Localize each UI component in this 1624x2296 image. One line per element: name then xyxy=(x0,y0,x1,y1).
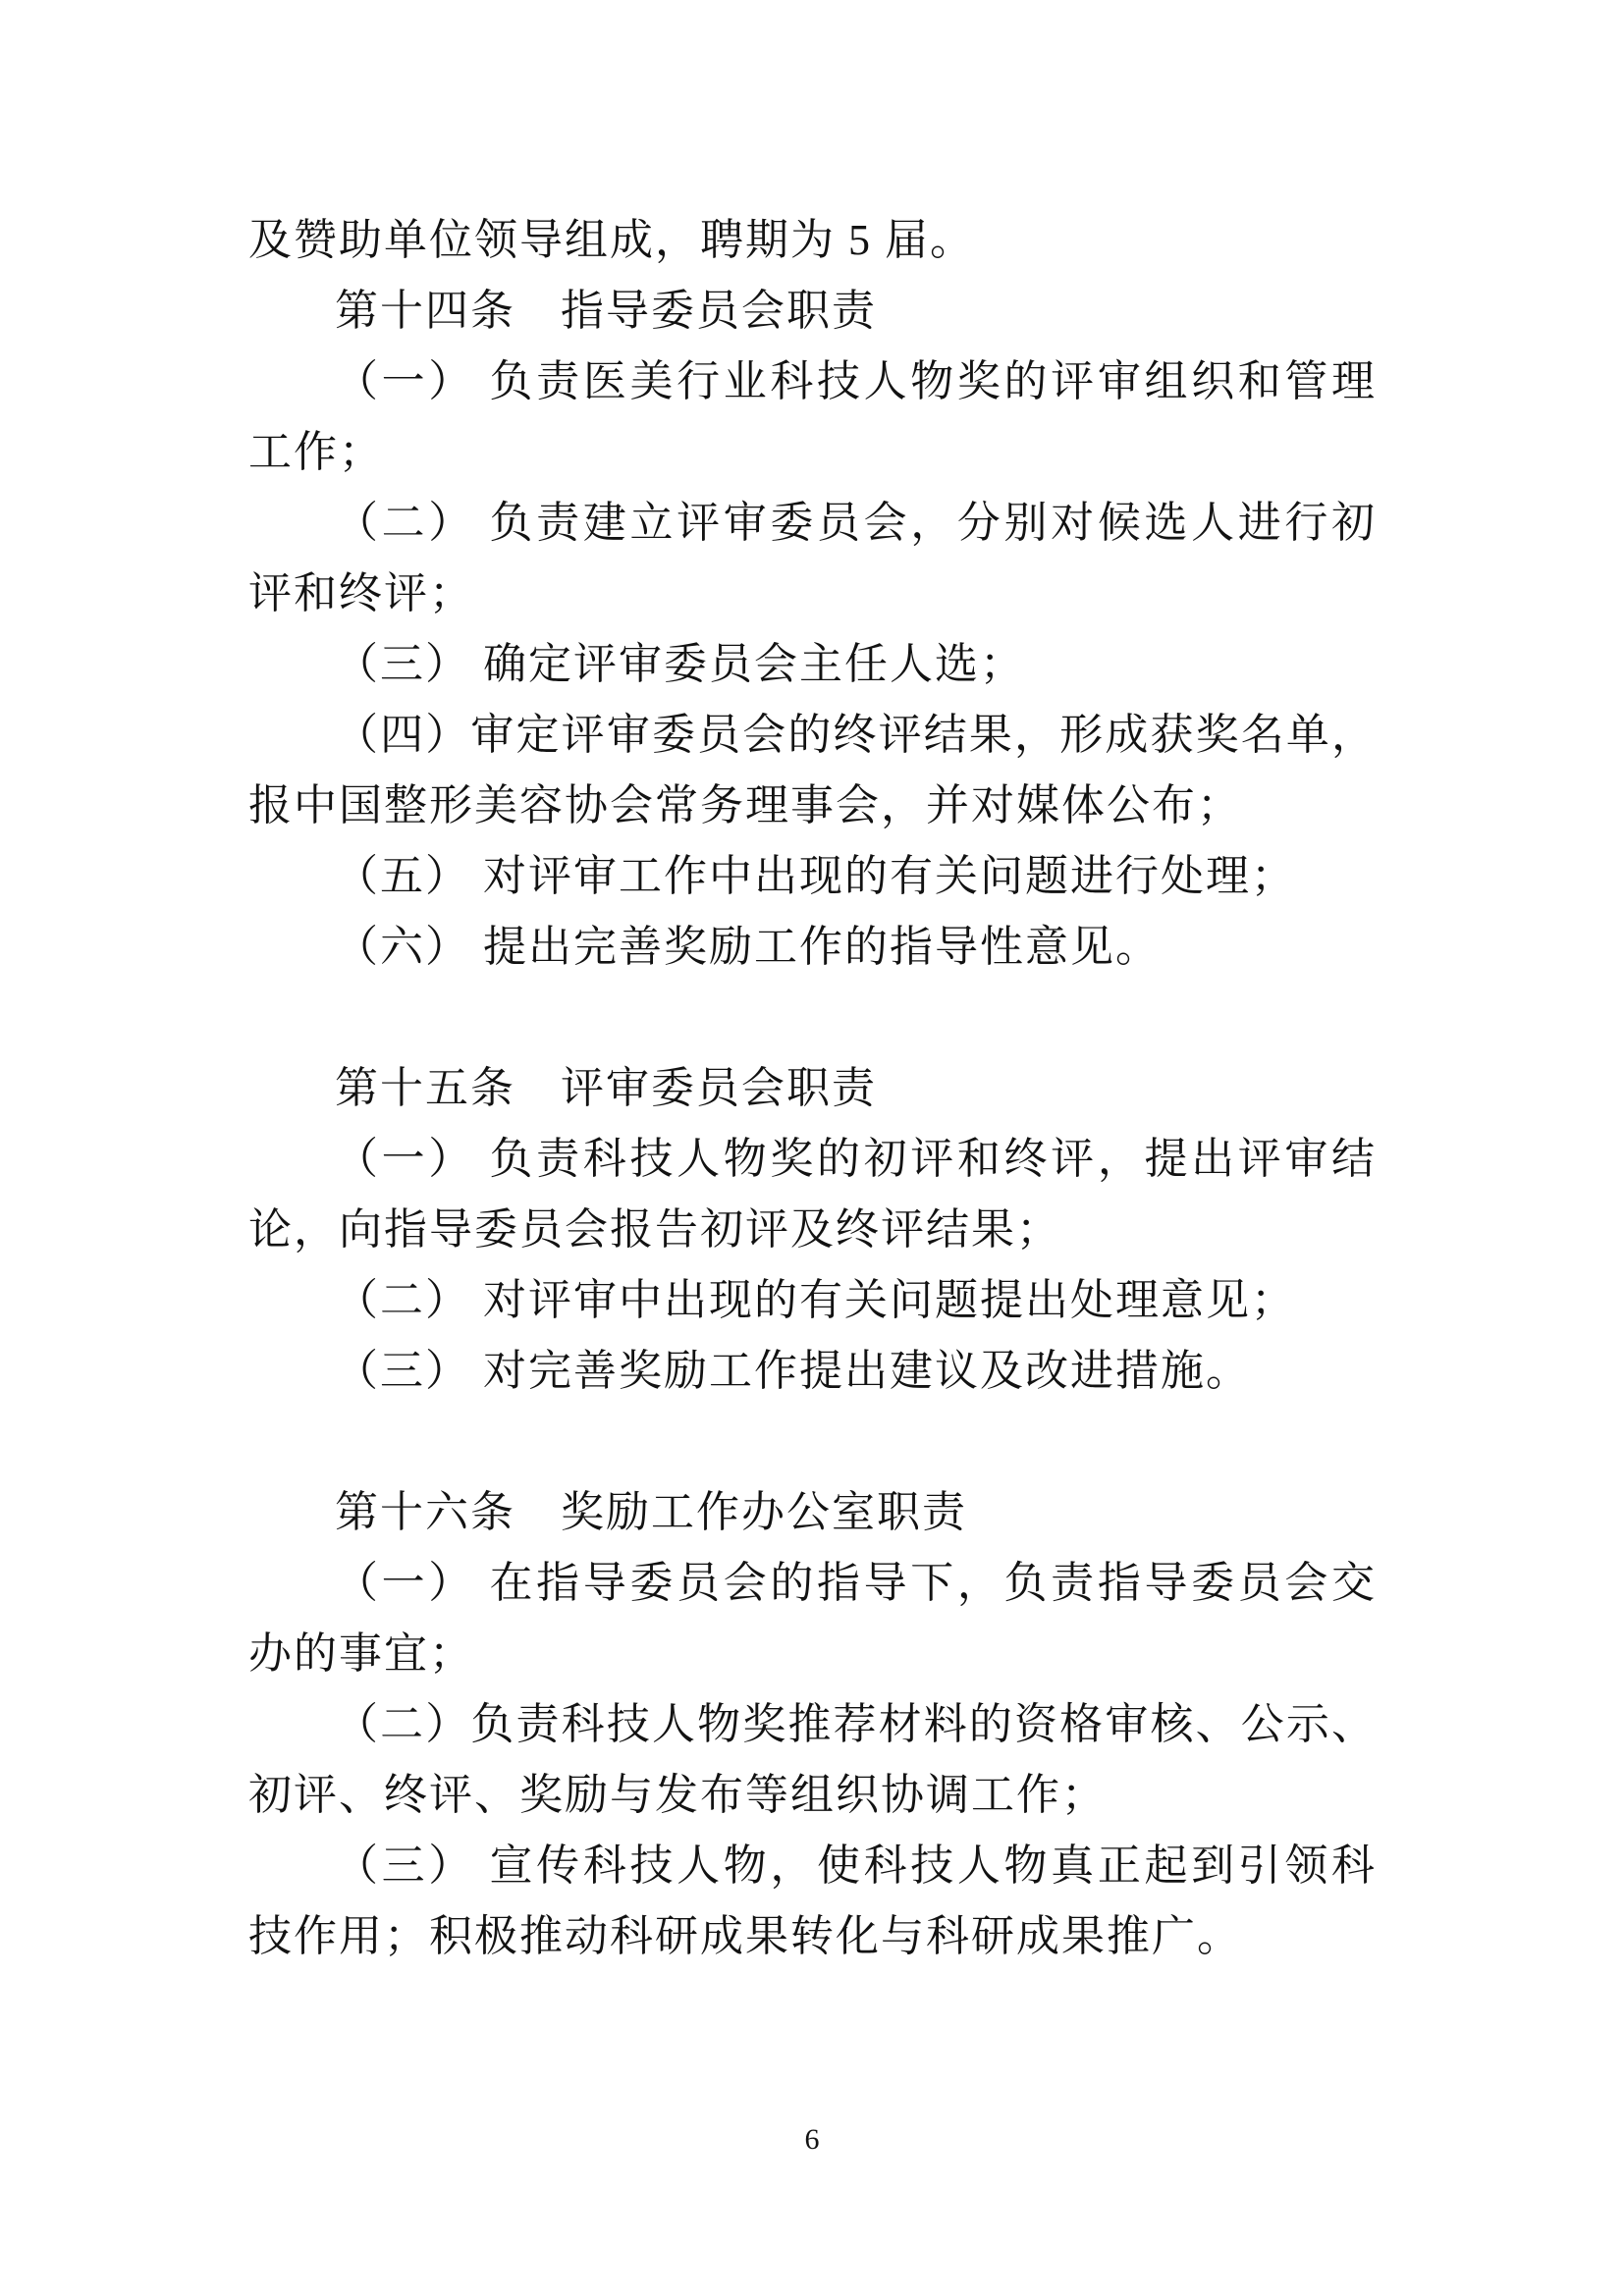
article-heading: 第十四条 指导委员会职责 xyxy=(248,276,1375,347)
text-line: 办的事宜； xyxy=(248,1619,1375,1689)
document-body: 及赞助单位领导组成，聘期为 5 届。 第十四条 指导委员会职责 （一） 负责医美… xyxy=(248,205,1375,1972)
text-line: 报中国整形美容协会常务理事会，并对媒体公布； xyxy=(248,771,1375,841)
text-line: 技作用；积极推动科研成果转化与科研成果推广。 xyxy=(248,1901,1375,1972)
page-number: 6 xyxy=(0,2120,1624,2160)
text-line: （二）负责科技人物奖推荐材料的资格审核、公示、 xyxy=(248,1689,1375,1760)
text-line: （二） 负责建立评审委员会，分别对候选人进行初 xyxy=(248,488,1375,559)
text-line: （四）审定评审委员会的终评结果，形成获奖名单， xyxy=(248,700,1375,771)
text-line: （一） 负责科技人物奖的初评和终评，提出评审结 xyxy=(248,1124,1375,1195)
text-line: 工作； xyxy=(248,417,1375,488)
article-heading: 第十五条 评审委员会职责 xyxy=(248,1053,1375,1124)
text-line: 初评、终评、奖励与发布等组织协调工作； xyxy=(248,1760,1375,1831)
text-line: （一） 负责医美行业科技人物奖的评审组织和管理 xyxy=(248,347,1375,417)
text-line: 论，向指导委员会报告初评及终评结果； xyxy=(248,1195,1375,1265)
text-line: （三） 宣传科技人物，使科技人物真正起到引领科 xyxy=(248,1831,1375,1901)
blank-line xyxy=(248,983,1375,1053)
text-line: （三） 对完善奖励工作提出建议及改进措施。 xyxy=(248,1336,1375,1407)
article-heading: 第十六条 奖励工作办公室职责 xyxy=(248,1477,1375,1548)
text-line: （二） 对评审中出现的有关问题提出处理意见； xyxy=(248,1265,1375,1336)
blank-line xyxy=(248,1407,1375,1477)
text-line: （三） 确定评审委员会主任人选； xyxy=(248,629,1375,700)
text-line: 评和终评； xyxy=(248,559,1375,629)
text-line: （五） 对评审工作中出现的有关问题进行处理； xyxy=(248,841,1375,912)
text-line: 及赞助单位领导组成，聘期为 5 届。 xyxy=(248,205,1375,276)
document-page: 及赞助单位领导组成，聘期为 5 届。 第十四条 指导委员会职责 （一） 负责医美… xyxy=(0,0,1624,2296)
text-line: （一） 在指导委员会的指导下，负责指导委员会交 xyxy=(248,1548,1375,1619)
text-line: （六） 提出完善奖励工作的指导性意见。 xyxy=(248,912,1375,983)
